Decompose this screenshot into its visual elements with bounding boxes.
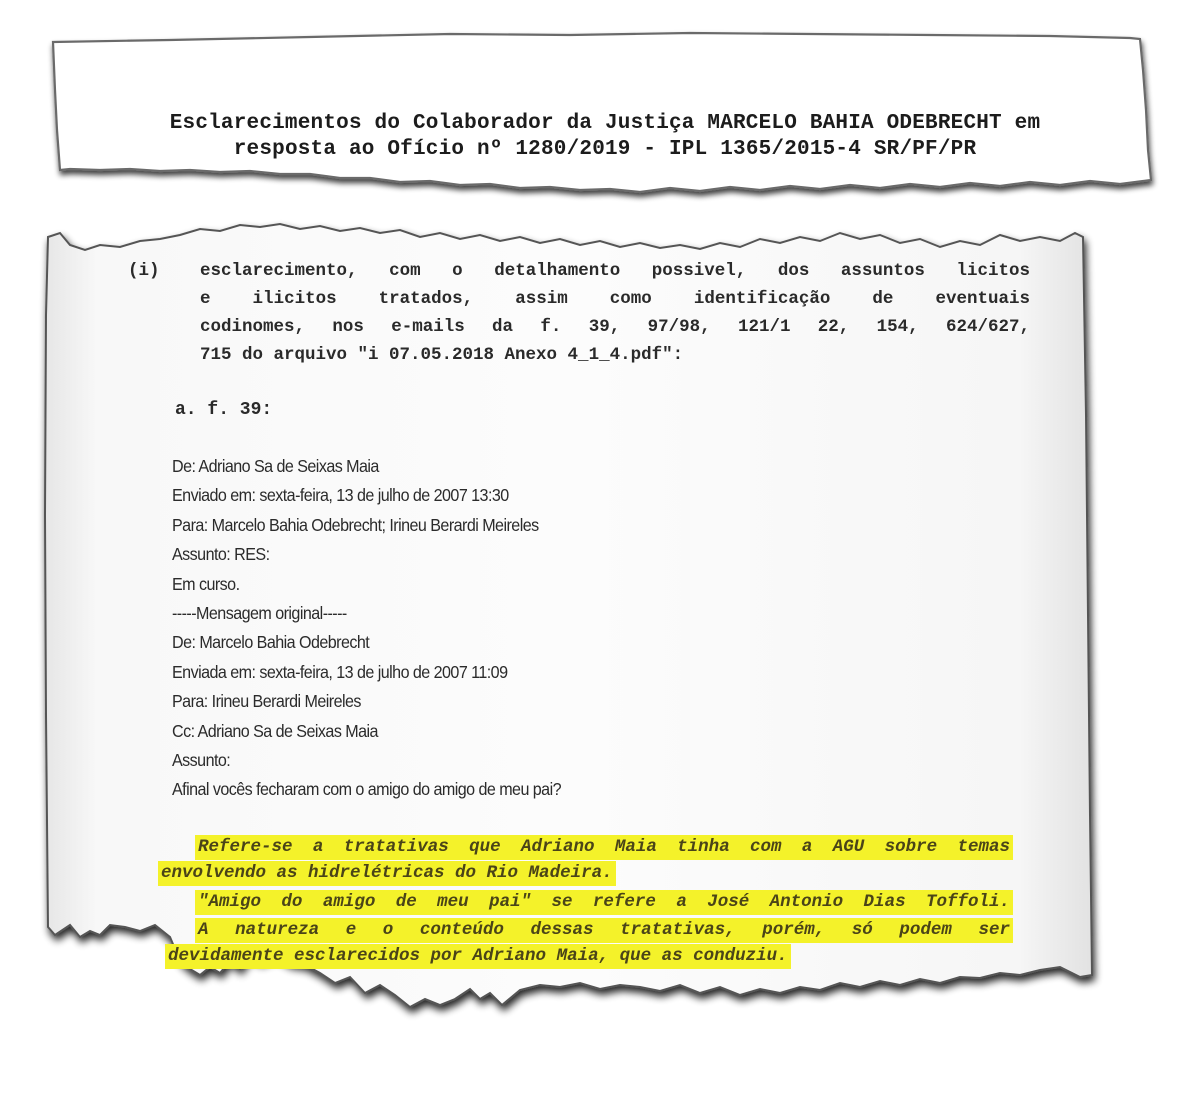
paragraph-line: esclarecimento, com o detalhamento possi… [200,261,1030,281]
email-line: Assunto: [172,746,561,775]
paragraph-line: e ilicitos tratados, assim como identifi… [200,289,1030,309]
highlighted-line: devidamente esclarecidos por Adriano Mai… [165,944,791,969]
email-line: -----Mensagem original----- [172,599,561,628]
email-line: Para: Marcelo Bahia Odebrecht; Irineu Be… [172,511,561,540]
email-line: Cc: Adriano Sa de Seixas Maia [172,717,561,746]
highlighted-line: Refere-se a tratativas que Adriano Maia … [195,835,1013,860]
email-line: Assunto: RES: [172,540,561,569]
highlighted-line: A natureza e o conteúdo dessas tratativa… [195,918,1013,943]
document-subtitle: resposta ao Ofício nº 1280/2019 - IPL 13… [50,138,1160,161]
document-title: Esclarecimentos do Colaborador da Justiç… [50,112,1160,135]
email-line: Enviada em: sexta-feira, 13 de julho de … [172,658,561,687]
body-clipping: (i) esclarecimento, com o detalhamento p… [40,215,1130,1040]
email-line: Para: Irineu Berardi Meireles [172,687,561,716]
subitem-label: a. f. 39: [175,400,272,420]
email-line: Afinal vocês fecharam com o amigo do ami… [172,775,561,804]
email-line: De: Marcelo Bahia Odebrecht [172,628,561,657]
highlighted-line: envolvendo as hidrelétricas do Rio Madei… [158,861,616,886]
paragraph-line: 715 do arquivo "i 07.05.2018 Anexo 4_1_4… [200,345,683,365]
paragraph-line: codinomes, nos e-mails da f. 39, 97/98, … [200,317,1030,337]
email-line: Enviado em: sexta-feira, 13 de julho de … [172,481,561,510]
highlighted-line: "Amigo do amigo de meu pai" se refere a … [195,890,1013,915]
email-line: Em curso. [172,570,561,599]
email-excerpt: De: Adriano Sa de Seixas Maia Enviado em… [172,452,561,805]
item-label: (i) [128,261,160,281]
header-clipping: Esclarecimentos do Colaborador da Justiç… [50,30,1160,200]
email-line: De: Adriano Sa de Seixas Maia [172,452,561,481]
